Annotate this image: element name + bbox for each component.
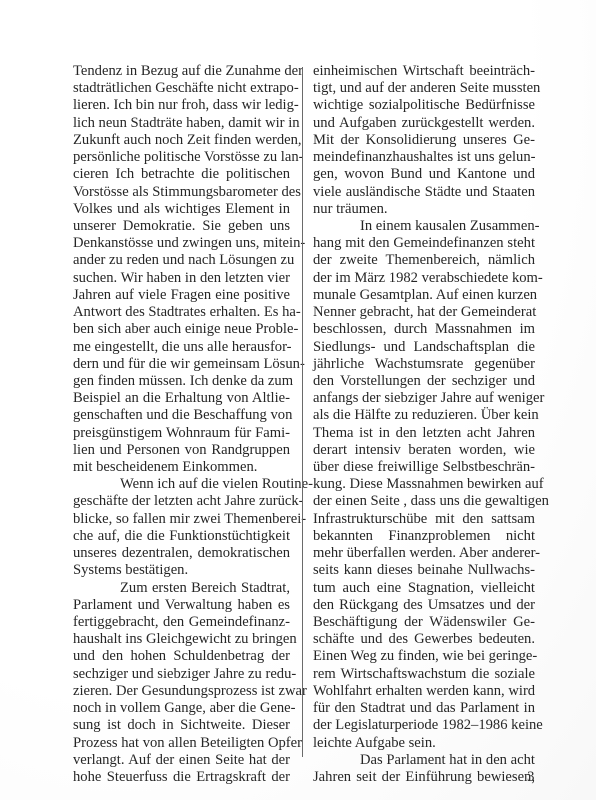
text-line: wichtige sozialpolitische Bedürfnisse <box>313 97 535 114</box>
text-line: fertiggebracht, den Gemeindefinanz- <box>73 614 290 631</box>
text-line: Systems bestätigen. <box>73 562 290 579</box>
text-line: ander zu reden und nach Lösungen zu <box>73 252 290 269</box>
text-line: Denkanstösse und zwingen uns, mitein- <box>73 235 290 252</box>
text-line: che auf, die die Funktionstüchtigkeit <box>73 528 290 545</box>
text-line: meindefinanzhaushaltes ist uns gelun- <box>313 149 535 166</box>
text-line: anfangs der siebziger Jahre auf weniger <box>313 390 535 407</box>
text-line: gen finden müssen. Ich denke da zum <box>73 373 290 390</box>
text-line: lich neun Stadträte haben, damit wir in <box>73 115 290 132</box>
text-line: über diese freiwillige Selbstbeschrän- <box>313 459 535 476</box>
text-line: Siedlungs- und Landschaftsplan die <box>313 339 535 356</box>
text-line: der einen Seite , dass uns die gewaltige… <box>313 493 535 510</box>
text-line: In einem kausalen Zusammen- <box>313 218 535 235</box>
text-line: Einen Weg zu finden, wie bei geringe- <box>313 648 535 665</box>
text-line: blicke, so fallen mir zwei Themenberei- <box>73 511 290 528</box>
text-line: Jahren auf viele Fragen eine positive <box>73 287 290 304</box>
text-line: tigt, und auf der anderen Seite mussten <box>313 80 535 97</box>
text-line: Mit der Konsolidierung unseres Ge- <box>313 132 535 149</box>
text-line: preisgünstigem Wohnraum für Fami- <box>73 425 290 442</box>
text-line: Infrastrukturschübe mit den sattsam <box>313 511 535 528</box>
text-line: für den Stadtrat und das Parlament in <box>313 700 535 717</box>
text-line: Vorstösse als Stimmungsbarometer des <box>73 184 290 201</box>
text-line: haushalt ins Gleichgewicht zu bringen <box>73 631 290 648</box>
text-line: persönliche politische Vorstösse zu lan- <box>73 149 290 166</box>
text-line: gen, wovon Bund und Kantone und <box>313 166 535 183</box>
text-line: kung. Diese Massnahmen bewirken auf <box>313 476 535 493</box>
text-line: Wenn ich auf die vielen Routine- <box>73 476 290 493</box>
text-line: Zum ersten Bereich Stadtrat, <box>73 580 290 597</box>
text-line: verlangt. Auf der einen Seite hat der <box>73 752 290 769</box>
text-line: lien und Personen von Randgruppen <box>73 442 290 459</box>
text-line: munale Gesamtplan. Auf einen kurzen <box>313 287 535 304</box>
text-line: den Rückgang des Umsatzes und der <box>313 597 535 614</box>
text-line: zieren. Der Gesundungsprozess ist zwar <box>73 683 290 700</box>
text-line: me eingestellt, die uns alle herausfor- <box>73 339 290 356</box>
text-line: cieren Ich betrachte die politischen <box>73 166 290 183</box>
text-line: dern und für die wir gemeinsam Lösun- <box>73 356 290 373</box>
page-number: 3 <box>527 769 535 786</box>
text-line: und Aufgaben zurückgestellt werden. <box>313 115 535 132</box>
text-line: Nenner gebracht, hat der Gemeinderat <box>313 304 535 321</box>
text-line: jährliche Wachstumsrate gegenüber <box>313 356 535 373</box>
text-line: den Vorstellungen der sechziger und <box>313 373 535 390</box>
text-line: Thema ist in den letzten acht Jahren <box>313 425 535 442</box>
text-line: einheimischen Wirtschaft beeinträch- <box>313 63 535 80</box>
text-line: nur träumen. <box>313 201 535 218</box>
text-column-right: einheimischen Wirtschaft beeinträch-tigt… <box>313 63 535 786</box>
text-line: unserer Demokratie. Sie geben uns <box>73 218 290 235</box>
text-line: als die Hälfte zu reduzieren. Über kein <box>313 407 535 424</box>
text-line: lieren. Ich bin nur froh, dass wir ledig… <box>73 97 290 114</box>
text-column-left: Tendenz in Bezug auf die Zunahme derstad… <box>73 63 290 786</box>
text-line: und den hohen Schuldenbetrag der <box>73 648 290 665</box>
text-line: Beschäftigung der Wädenswiler Ge- <box>313 614 535 631</box>
text-line: Wohlfahrt erhalten werden kann, wird <box>313 683 535 700</box>
text-line: genschaften und die Beschaffung von <box>73 407 290 424</box>
text-line: tum auch eine Stagnation, vielleicht <box>313 580 535 597</box>
text-line: ben sich aber auch einige neue Proble- <box>73 321 290 338</box>
text-line: rem Wirtschaftswachstum die soziale <box>313 666 535 683</box>
text-line: schäfte und des Gewerbes bedeuten. <box>313 631 535 648</box>
text-line: der Legislaturperiode 1982–1986 keine <box>313 717 535 734</box>
text-line: Parlament und Verwaltung haben es <box>73 597 290 614</box>
text-line: der zweite Themenbereich, nämlich <box>313 252 535 269</box>
text-line: Antwort des Stadtrates erhalten. Es ha- <box>73 304 290 321</box>
text-line: beschlossen, durch Massnahmen im <box>313 321 535 338</box>
text-line: bekannten Finanzproblemen nicht <box>313 528 535 545</box>
text-line: hang mit den Gemeindefinanzen steht <box>313 235 535 252</box>
text-line: mit bescheidenem Einkommen. <box>73 459 290 476</box>
text-line: Beispiel an die Erhaltung von Altlie- <box>73 390 290 407</box>
text-line: Das Parlament hat in den acht <box>313 752 535 769</box>
text-line: sung ist doch in Sichtweite. Dieser <box>73 717 290 734</box>
text-line: der im März 1982 verabschiedete kom- <box>313 270 535 287</box>
text-line: sechziger und siebziger Jahre zu redu- <box>73 666 290 683</box>
text-line: Zukunft auch noch Zeit finden werden, <box>73 132 290 149</box>
text-line: Tendenz in Bezug auf die Zunahme der <box>73 63 290 80</box>
text-line: Volkes und als wichtiges Element in <box>73 201 290 218</box>
text-line: suchen. Wir haben in den letzten vier <box>73 270 290 287</box>
text-line: derart intensiv beraten worden, wie <box>313 442 535 459</box>
text-line: unseres dezentralen, demokratischen <box>73 545 290 562</box>
column-divider <box>302 67 303 757</box>
text-line: leichte Aufgabe sein. <box>313 735 535 752</box>
text-line: stadträtlichen Geschäfte nicht extrapo- <box>73 80 290 97</box>
text-line: geschäfte der letzten acht Jahre zurück- <box>73 493 290 510</box>
text-line: viele ausländische Städte und Staaten <box>313 184 535 201</box>
text-line: mehr überfallen werden. Aber anderer- <box>313 545 535 562</box>
text-line: Jahren seit der Einführung bewiesen, <box>313 769 535 786</box>
text-line: seits kann dieses beinahe Nullwachs- <box>313 562 535 579</box>
text-line: noch in vollem Gange, aber die Gene- <box>73 700 290 717</box>
text-line: Prozess hat von allen Beteiligten Opfer <box>73 735 290 752</box>
text-line: hohe Steuerfuss die Ertragskraft der <box>73 769 290 786</box>
